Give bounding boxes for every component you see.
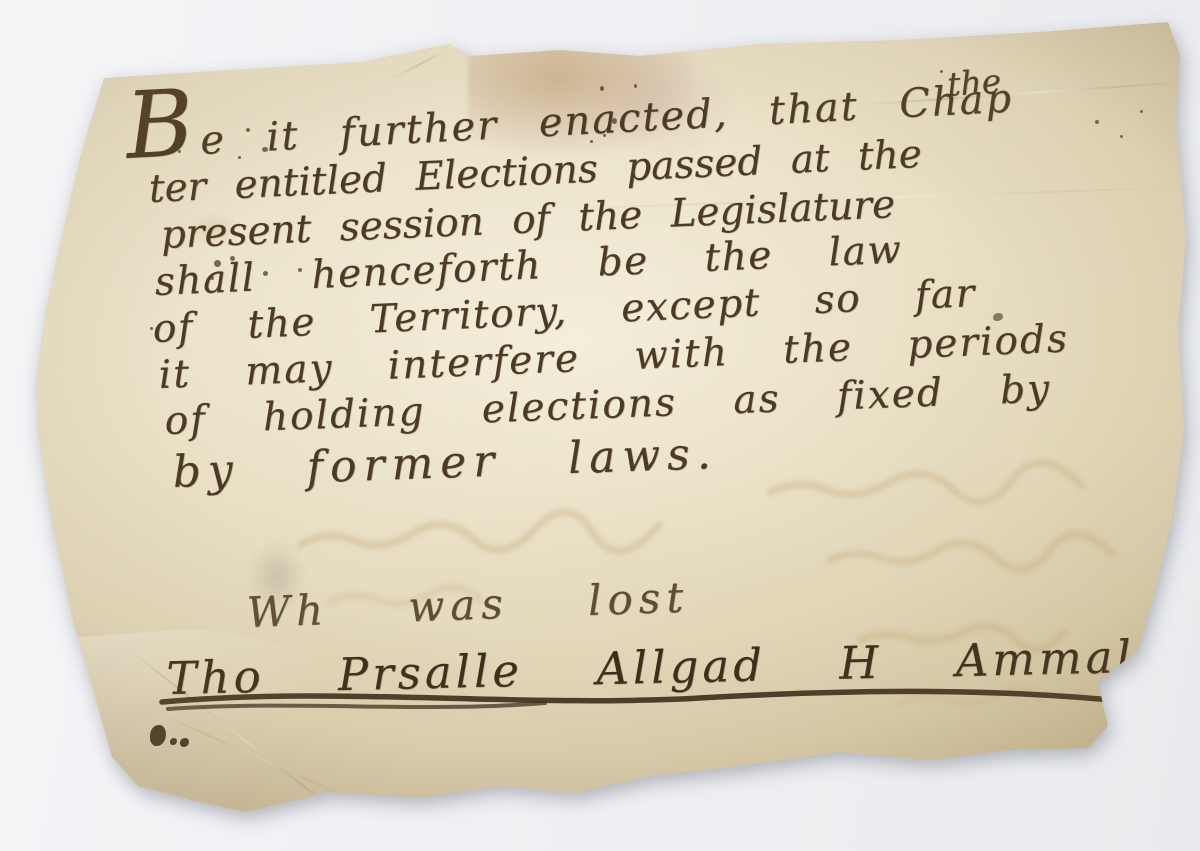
ink-speck — [1120, 135, 1123, 138]
ink-speck — [1095, 120, 1099, 124]
photo-background: Be it further enacted, that Chap the ter… — [0, 0, 1200, 851]
annotation-was-lost: Wh was lost — [246, 577, 690, 634]
manuscript-line: by former laws. — [172, 432, 718, 495]
struck-out-text: Tho Prsalle Allgad H Ammale — [166, 633, 1166, 701]
crease-line — [392, 17, 508, 80]
inserted-word-above-line: the — [946, 64, 1002, 101]
manuscript-paper: Be it further enacted, that Chap the ter… — [0, 0, 1200, 851]
ink-speck — [1140, 110, 1143, 113]
paper-shadow: Be it further enacted, that Chap the ter… — [0, 0, 1200, 851]
